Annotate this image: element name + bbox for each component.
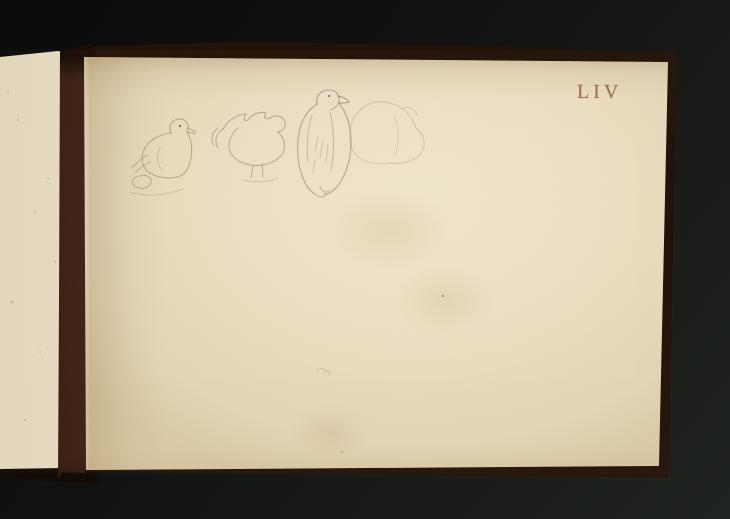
sketchbook-page xyxy=(0,0,730,519)
folio-number-stamp: LIV xyxy=(577,81,622,104)
